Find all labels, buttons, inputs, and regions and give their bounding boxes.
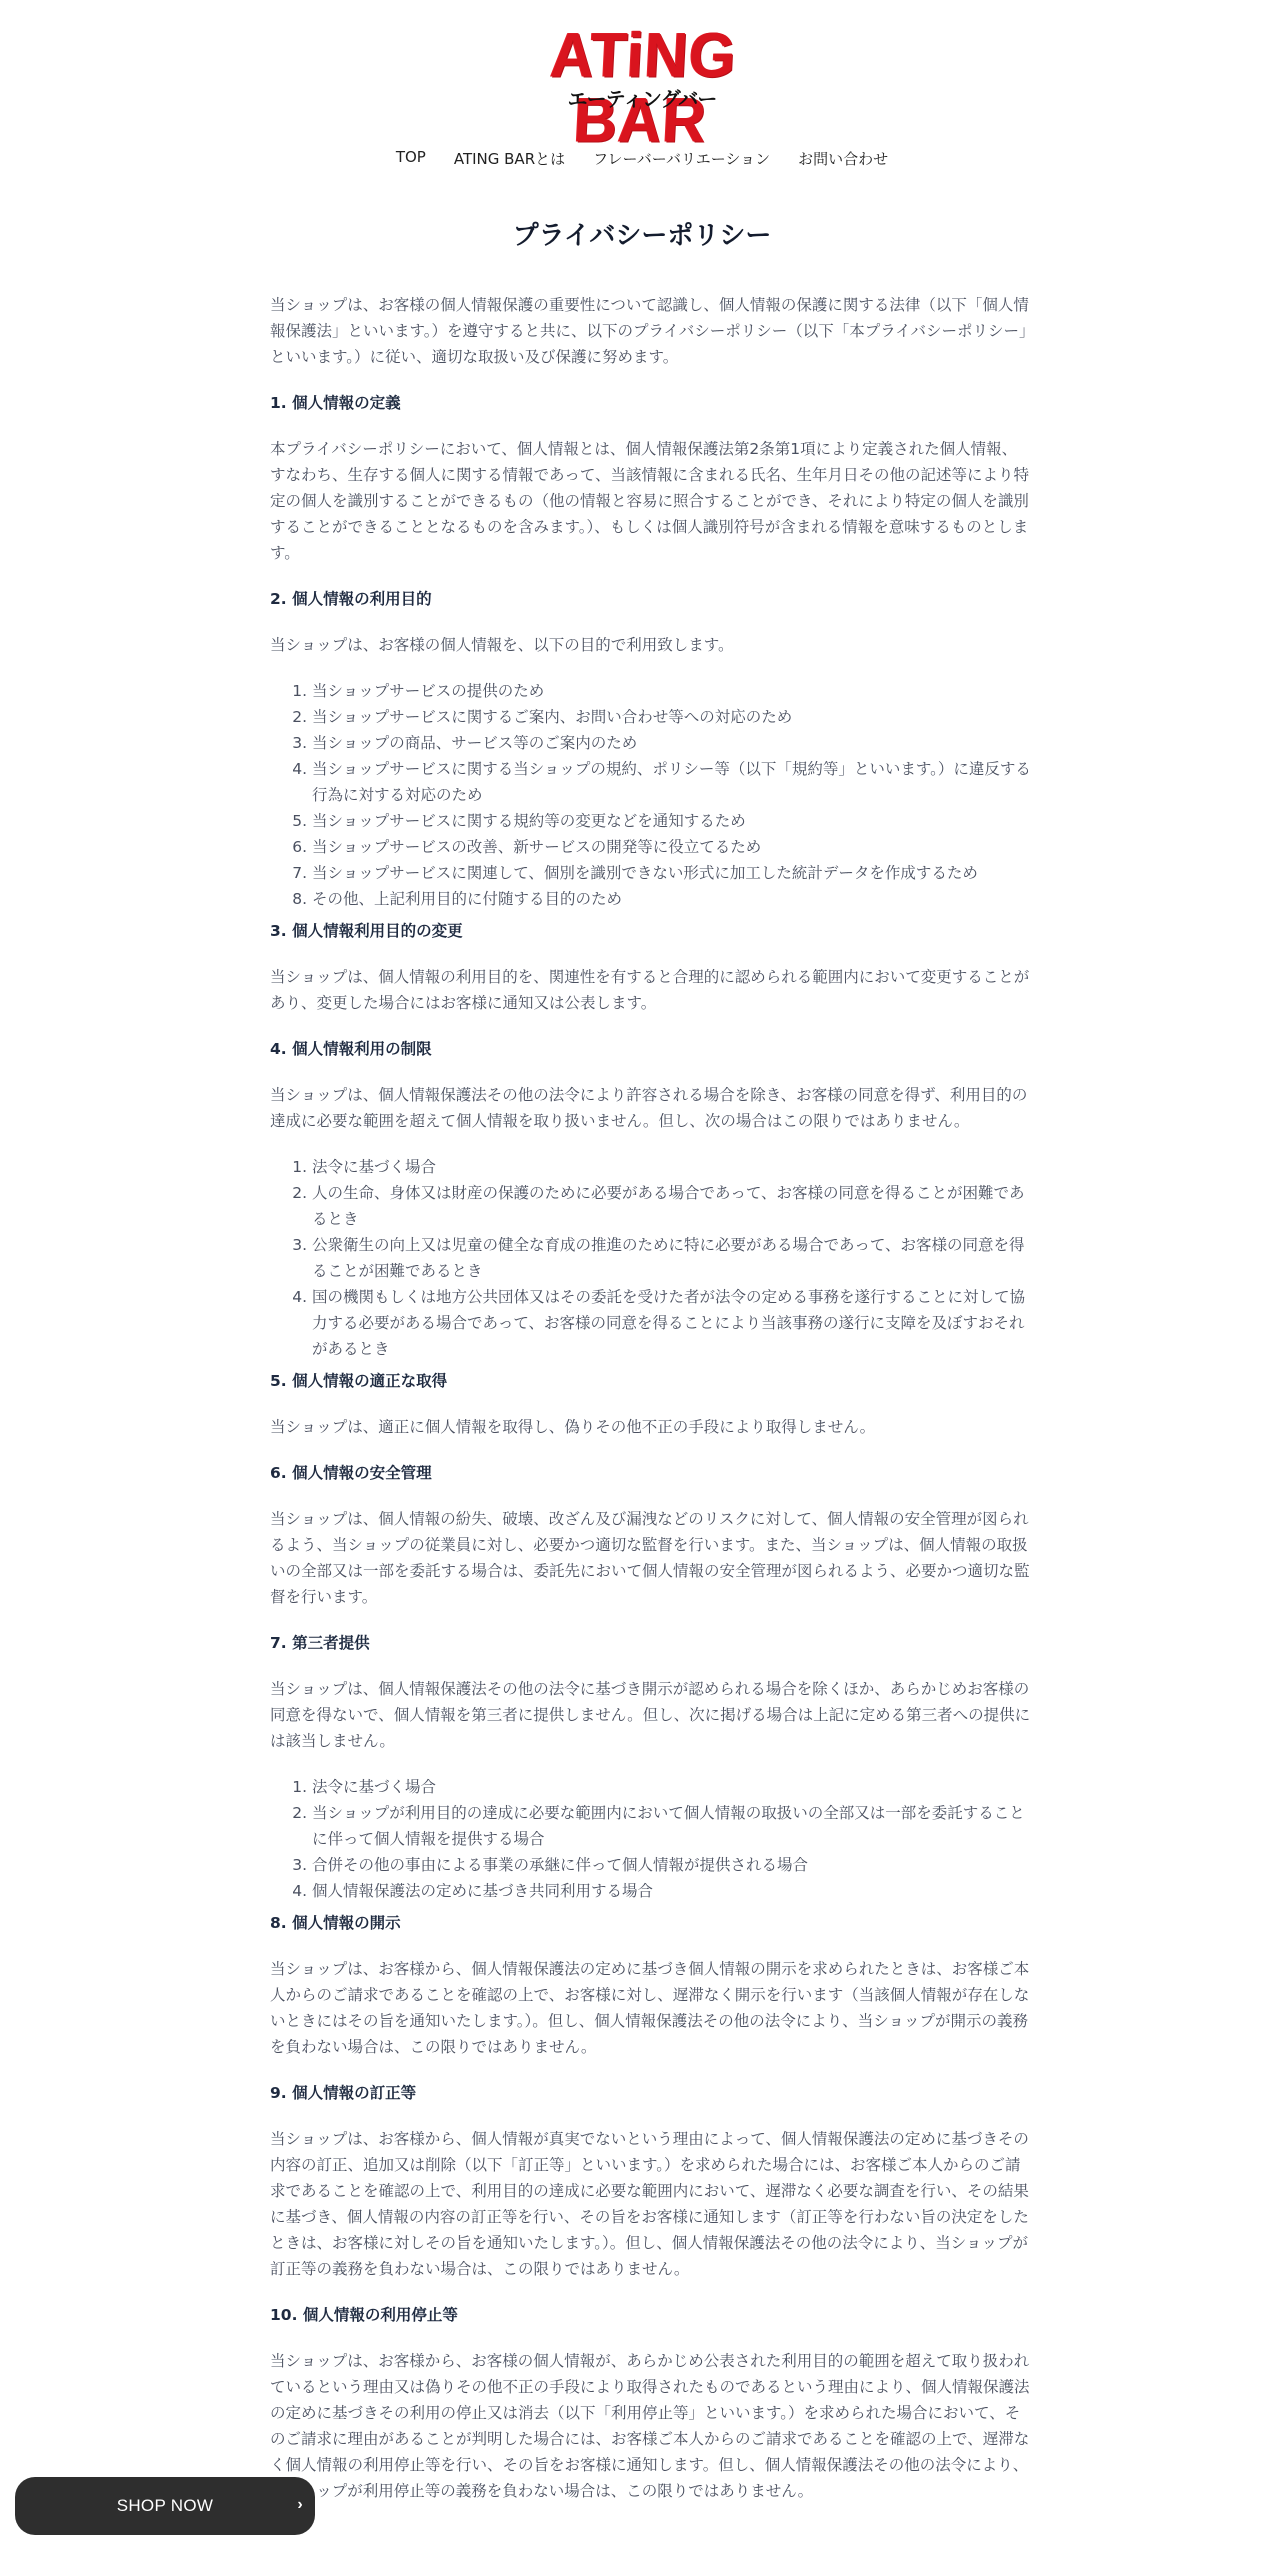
third-party-list: 法令に基づく場合 当ショップが利用目的の達成に必要な範囲内において個人情報の取扱…: [270, 1774, 1032, 1904]
chevron-right-icon: ›: [297, 2496, 303, 2514]
intro-paragraph: 当ショップは、お客様の個人情報保護の重要性について認識し、個人情報の保護に関する…: [270, 292, 1032, 370]
list-item: 当ショップサービスに関連して、個別を識別できない形式に加工した統計データを作成す…: [312, 860, 1032, 886]
list-item: 当ショップサービスに関する当ショップの規約、ポリシー等（以下「規約等」といいます…: [312, 756, 1032, 808]
section-body: 当ショップは、個人情報保護法その他の法令に基づき開示が認められる場合を除くほか、…: [270, 1676, 1032, 1754]
list-item: 当ショップサービスに関するご案内、お問い合わせ等への対応のため: [312, 704, 1032, 730]
nav-item-contact[interactable]: お問い合わせ: [798, 148, 888, 169]
section-heading: 5. 個人情報の適正な取得: [270, 1368, 1032, 1394]
section-heading: 2. 個人情報の利用目的: [270, 586, 1032, 612]
page-title: プライバシーポリシー: [0, 215, 1284, 252]
section-body: 当ショップは、お客様から、個人情報が真実でないという理由によって、個人情報保護法…: [270, 2126, 1032, 2282]
list-item: 人の生命、身体又は財産の保護のために必要がある場合であって、お客様の同意を得るこ…: [312, 1180, 1032, 1232]
shop-now-button[interactable]: SHOP NOW ›: [15, 2477, 315, 2535]
section-heading: 4. 個人情報利用の制限: [270, 1036, 1032, 1062]
section-heading: 3. 個人情報利用目的の変更: [270, 918, 1032, 944]
list-item: 公衆衛生の向上又は児童の健全な育成の推進のために特に必要がある場合であって、お客…: [312, 1232, 1032, 1284]
site-header: ATiNG BAR エーティングバー TOP ATING BARとは フレーバー…: [0, 0, 1284, 252]
exception-list: 法令に基づく場合 人の生命、身体又は財産の保護のために必要がある場合であって、お…: [270, 1154, 1032, 1362]
list-item: 法令に基づく場合: [312, 1154, 1032, 1180]
section-body: 当ショップは、個人情報保護法その他の法令により許容される場合を除き、お客様の同意…: [270, 1082, 1032, 1134]
site-logo[interactable]: ATiNG BAR エーティングバー: [497, 14, 787, 114]
section-heading: 1. 個人情報の定義: [270, 390, 1032, 416]
list-item: 当ショップサービスに関する規約等の変更などを通知するため: [312, 808, 1032, 834]
list-item: 合併その他の事由による事業の承継に伴って個人情報が提供される場合: [312, 1852, 1032, 1878]
list-item: 当ショップが利用目的の達成に必要な範囲内において個人情報の取扱いの全部又は一部を…: [312, 1800, 1032, 1852]
list-item: 当ショップサービスの改善、新サービスの開発等に役立てるため: [312, 834, 1032, 860]
section-body: 当ショップは、お客様から、お客様の個人情報が、あらかじめ公表された利用目的の範囲…: [270, 2348, 1032, 2504]
section-body: 当ショップは、お客様から、個人情報保護法の定めに基づき個人情報の開示を求められた…: [270, 1956, 1032, 2060]
section-heading: 9. 個人情報の訂正等: [270, 2080, 1032, 2106]
section-body: 当ショップは、適正に個人情報を取得し、偽りその他不正の手段により取得しません。: [270, 1414, 1032, 1440]
shop-now-label: SHOP NOW: [117, 2496, 214, 2516]
logo-katakana: エーティングバー: [497, 88, 787, 110]
list-item: その他、上記利用目的に付随する目的のため: [312, 886, 1032, 912]
section-body: 当ショップは、お客様の個人情報を、以下の目的で利用致します。: [270, 632, 1032, 658]
section-heading: 10. 個人情報の利用停止等: [270, 2302, 1032, 2328]
section-body: 本プライバシーポリシーにおいて、個人情報とは、個人情報保護法第2条第1項により定…: [270, 436, 1032, 566]
list-item: 法令に基づく場合: [312, 1774, 1032, 1800]
list-item: 国の機関もしくは地方公共団体又はその委託を受けた者が法令の定める事務を遂行するこ…: [312, 1284, 1032, 1362]
section-heading: 8. 個人情報の開示: [270, 1910, 1032, 1936]
section-body: 当ショップは、個人情報の利用目的を、関連性を有すると合理的に認められる範囲内にお…: [270, 964, 1032, 1016]
policy-content: 当ショップは、お客様の個人情報保護の重要性について認識し、個人情報の保護に関する…: [270, 292, 1032, 2524]
list-item: 個人情報保護法の定めに基づき共同利用する場合: [312, 1878, 1032, 1904]
list-item: 当ショップサービスの提供のため: [312, 678, 1032, 704]
nav-item-top[interactable]: TOP: [396, 148, 426, 169]
list-item: 当ショップの商品、サービス等のご案内のため: [312, 730, 1032, 756]
section-heading: 7. 第三者提供: [270, 1630, 1032, 1656]
purpose-list: 当ショップサービスの提供のため 当ショップサービスに関するご案内、お問い合わせ等…: [270, 678, 1032, 912]
section-heading: 6. 個人情報の安全管理: [270, 1460, 1032, 1486]
section-body: 当ショップは、個人情報の紛失、破壊、改ざん及び漏洩などのリスクに対して、個人情報…: [270, 1506, 1032, 1610]
